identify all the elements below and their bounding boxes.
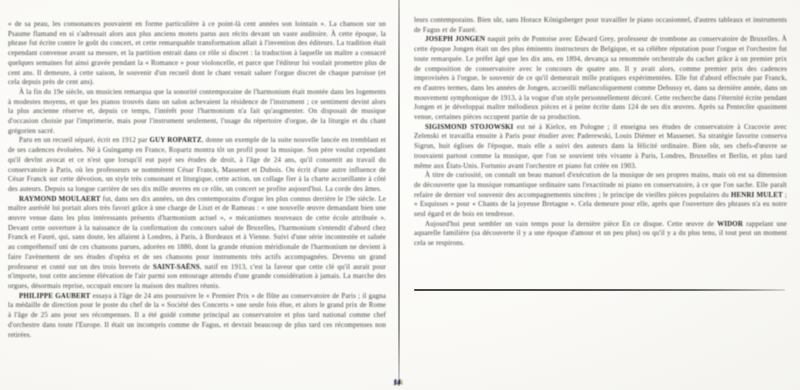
text-run: « de sa peau, les consonances pouvaient … — [8, 20, 386, 86]
text-run: Paru en un recueil séparé, écrit en 1912… — [19, 136, 150, 144]
paragraph: À la fin du 19e siècle, un musicien rema… — [8, 88, 386, 137]
text-run: À la fin du 19e siècle, un musicien rema… — [8, 88, 386, 135]
right-page-text-column: leurs contemporains. Bien sûr, sans Hora… — [414, 16, 787, 288]
text-run: naquit près de Pontoise avec Edward Grey… — [414, 35, 787, 121]
page-gutter-line — [398, 0, 400, 386]
bold-name-run: WIDOR — [717, 220, 743, 228]
paragraph: Paru en un recueil séparé, écrit en 1912… — [8, 136, 386, 194]
paragraph: « de sa peau, les consonances pouvaient … — [8, 20, 386, 88]
paragraph: leurs contemporains. Bien sûr, sans Hora… — [414, 16, 787, 35]
scanned-book-spread: « de sa peau, les consonances pouvaient … — [0, 0, 800, 390]
end-of-text-rule — [414, 289, 785, 291]
paragraph: PHILIPPE GAUBERT essaya à l'âge de 24 an… — [8, 292, 386, 341]
paragraph: SIGISMOND STOJOWSKI est né à Kielce, en … — [414, 123, 787, 172]
paragraph: JOSEPH JONGEN naquit près de Pontoise av… — [414, 35, 787, 122]
page-number-mark: 14 — [394, 378, 401, 386]
paragraph: RAYMOND MOULAERT fut, dans ses dix année… — [8, 195, 386, 292]
bold-name-run: SIGISMOND STOJOWSKI — [425, 123, 513, 131]
paragraph: Aujourd'hui peut sembler un vain temps p… — [414, 220, 787, 249]
bold-name-run: JOSEPH JONGEN — [425, 35, 485, 43]
left-page-text-column: « de sa peau, les consonances pouvaient … — [8, 20, 386, 378]
bold-name-run: GUY ROPARTZ — [150, 136, 202, 144]
text-run: , donne un exemple de la suite nouvelle … — [8, 136, 386, 193]
bold-name-run: PHILIPPE GAUBERT — [19, 292, 90, 300]
bold-name-run: HENRI MULET — [731, 191, 783, 199]
text-run: leurs contemporains. Bien sûr, sans Hora… — [414, 16, 787, 34]
paragraph: À titre de curiosité, on connaît un beau… — [414, 171, 787, 220]
bold-name-run: RAYMOND MOULAERT — [19, 195, 101, 203]
text-run: fut, dans ses dix années, un des contemp… — [8, 195, 386, 271]
text-run: Aujourd'hui peut sembler un vain temps p… — [425, 220, 717, 228]
bold-name-run: SAINT-SAËNS — [153, 263, 200, 271]
